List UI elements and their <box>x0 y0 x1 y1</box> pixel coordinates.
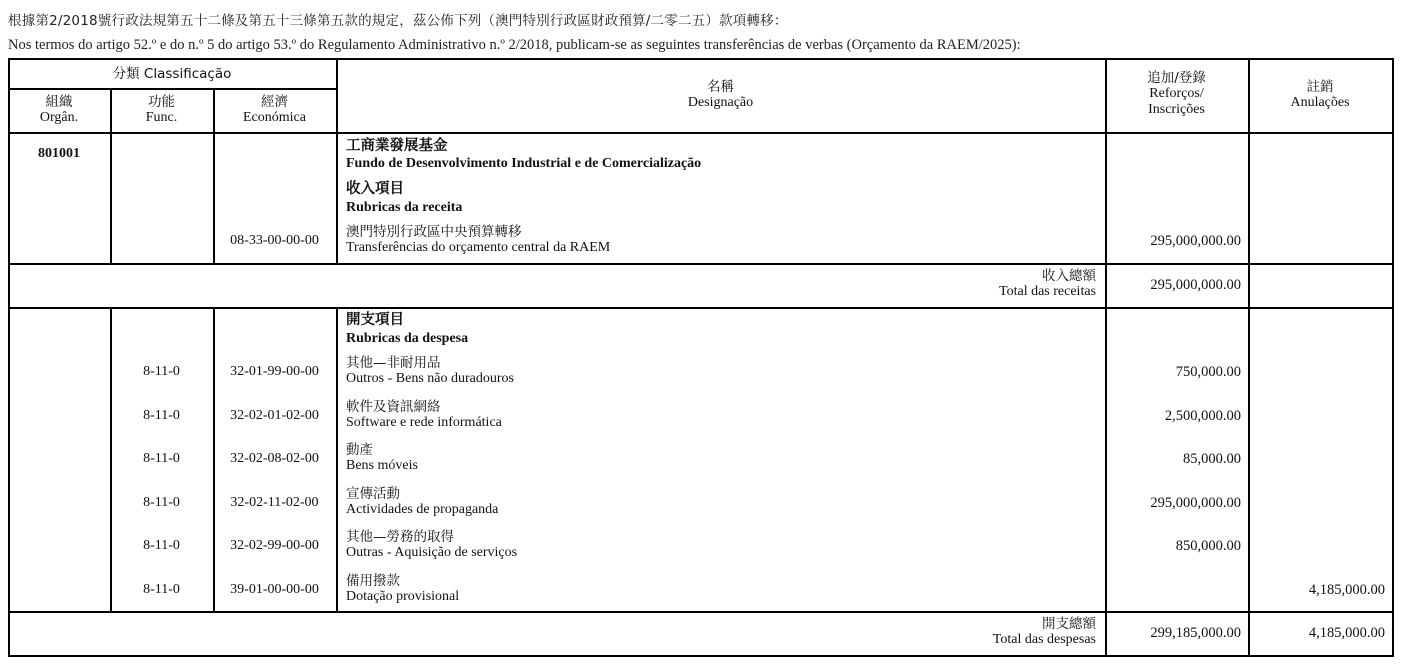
budget-transfer-table: 分類 Classificação 組織Orgân. 功能Func. 經濟Econ… <box>8 58 1394 656</box>
header-designation: 名稱Designação <box>336 79 1105 111</box>
classification-divider <box>8 88 336 90</box>
row-reinforcement: 295,000,000.00 <box>1105 495 1241 511</box>
col-divider-reinforcements <box>1105 58 1107 656</box>
row-designation-zh: 其他—非耐用品 <box>346 355 514 371</box>
row-designation-zh: 軟件及資訊網絡 <box>346 399 502 415</box>
row-func-code: 8-11-0 <box>110 582 213 598</box>
row-econ-code: 08-33-00-00-00 <box>213 233 336 249</box>
header-econ: 經濟Económica <box>213 94 336 126</box>
row-cancellation: 4,185,000.00 <box>1248 582 1385 598</box>
expenses-total-label: 開支總額Total das despesas <box>888 616 1096 648</box>
row-designation-pt: Software e rede informática <box>346 415 502 431</box>
entity-name-zh: 工商業發展基金 <box>346 138 448 154</box>
row-reinforcement: 750,000.00 <box>1105 364 1241 380</box>
receipts-total-bottom-line <box>8 307 1394 309</box>
col-divider-designation-2 <box>336 307 338 611</box>
row-econ-code: 32-02-11-02-00 <box>213 495 336 511</box>
row-designation-zh: 宣傳活動 <box>346 486 498 502</box>
organ-code: 801001 <box>8 146 110 162</box>
table-border-top <box>8 58 1394 60</box>
col-divider-cancellations <box>1248 58 1250 656</box>
receipts-total-reinforcement: 295,000,000.00 <box>1105 277 1241 293</box>
intro-chinese: 根據第2/2018號行政法規第五十二條及第五十三條第五款的規定，茲公佈下列（澳門… <box>8 9 788 29</box>
receipts-body-bottom-line <box>8 263 1394 265</box>
header-func: 功能Func. <box>110 94 213 126</box>
row-econ-code: 32-02-08-02-00 <box>213 451 336 467</box>
row-reinforcement: 850,000.00 <box>1105 538 1241 554</box>
row-func-code: 8-11-0 <box>110 538 213 554</box>
row-designation: 澳門特別行政區中央預算轉移 Transferências do orçament… <box>346 224 610 256</box>
entity-name-pt: Fundo de Desenvolvimento Industrial e de… <box>346 156 701 172</box>
header-organ: 組織Orgân. <box>8 94 110 126</box>
row-func-code: 8-11-0 <box>110 408 213 424</box>
row-econ-code: 32-01-99-00-00 <box>213 364 336 380</box>
row-designation: 備用撥款 Dotação provisional <box>346 573 459 605</box>
receipts-section-zh: 收入項目 <box>346 181 404 197</box>
row-designation-pt: Outros - Bens não duradouros <box>346 371 514 387</box>
intro-portuguese: Nos termos do artigo 52.º e do n.º 5 do … <box>8 37 1021 54</box>
row-func-code: 8-11-0 <box>110 495 213 511</box>
row-econ-code: 39-01-00-00-00 <box>213 582 336 598</box>
row-econ-code: 32-02-99-00-00 <box>213 538 336 554</box>
expenses-total-cancellation: 4,185,000.00 <box>1248 625 1385 641</box>
row-designation-zh: 其他—勞務的取得 <box>346 529 517 545</box>
header-bottom-line <box>8 132 1394 134</box>
expenses-total-reinforcement: 299,185,000.00 <box>1105 625 1241 641</box>
receipts-total-label: 收入總額Total das receitas <box>888 268 1096 300</box>
row-designation-pt: Outras - Aquisição de serviços <box>346 545 517 561</box>
row-designation-pt: Actividades de propaganda <box>346 502 498 518</box>
row-designation: 動產 Bens móveis <box>346 442 418 474</box>
expenses-section-zh: 開支項目 <box>346 312 404 328</box>
row-designation-zh: 動產 <box>346 442 418 458</box>
row-reinforcement: 2,500,000.00 <box>1105 408 1241 424</box>
row-designation-pt: Bens móveis <box>346 458 418 474</box>
row-designation-pt: Transferências do orçamento central da R… <box>346 240 610 256</box>
expenses-body-bottom-line <box>8 611 1394 613</box>
table-border-bottom <box>8 655 1394 657</box>
row-econ-code: 32-02-01-02-00 <box>213 408 336 424</box>
header-classification: 分類 Classificação <box>8 66 336 83</box>
header-cancellations: 註銷Anulações <box>1248 79 1392 111</box>
row-designation: 軟件及資訊網絡 Software e rede informática <box>346 399 502 431</box>
expenses-section-pt: Rubricas da despesa <box>346 331 468 347</box>
table-border-right <box>1392 58 1394 656</box>
row-func-code: 8-11-0 <box>110 364 213 380</box>
receipts-section-pt: Rubricas da receita <box>346 200 462 216</box>
row-designation: 宣傳活動 Actividades de propaganda <box>346 486 498 518</box>
row-reinforcement: 85,000.00 <box>1105 451 1241 467</box>
row-designation-zh: 澳門特別行政區中央預算轉移 <box>346 224 610 240</box>
row-designation: 其他—勞務的取得 Outras - Aquisição de serviços <box>346 529 517 561</box>
row-reinforcement: 295,000,000.00 <box>1105 233 1241 249</box>
row-func-code: 8-11-0 <box>110 451 213 467</box>
row-designation-zh: 備用撥款 <box>346 573 459 589</box>
row-designation: 其他—非耐用品 Outros - Bens não duradouros <box>346 355 514 387</box>
row-designation-pt: Dotação provisional <box>346 589 459 605</box>
header-reinforcements: 追加/登錄Reforços/Inscrições <box>1105 70 1248 118</box>
